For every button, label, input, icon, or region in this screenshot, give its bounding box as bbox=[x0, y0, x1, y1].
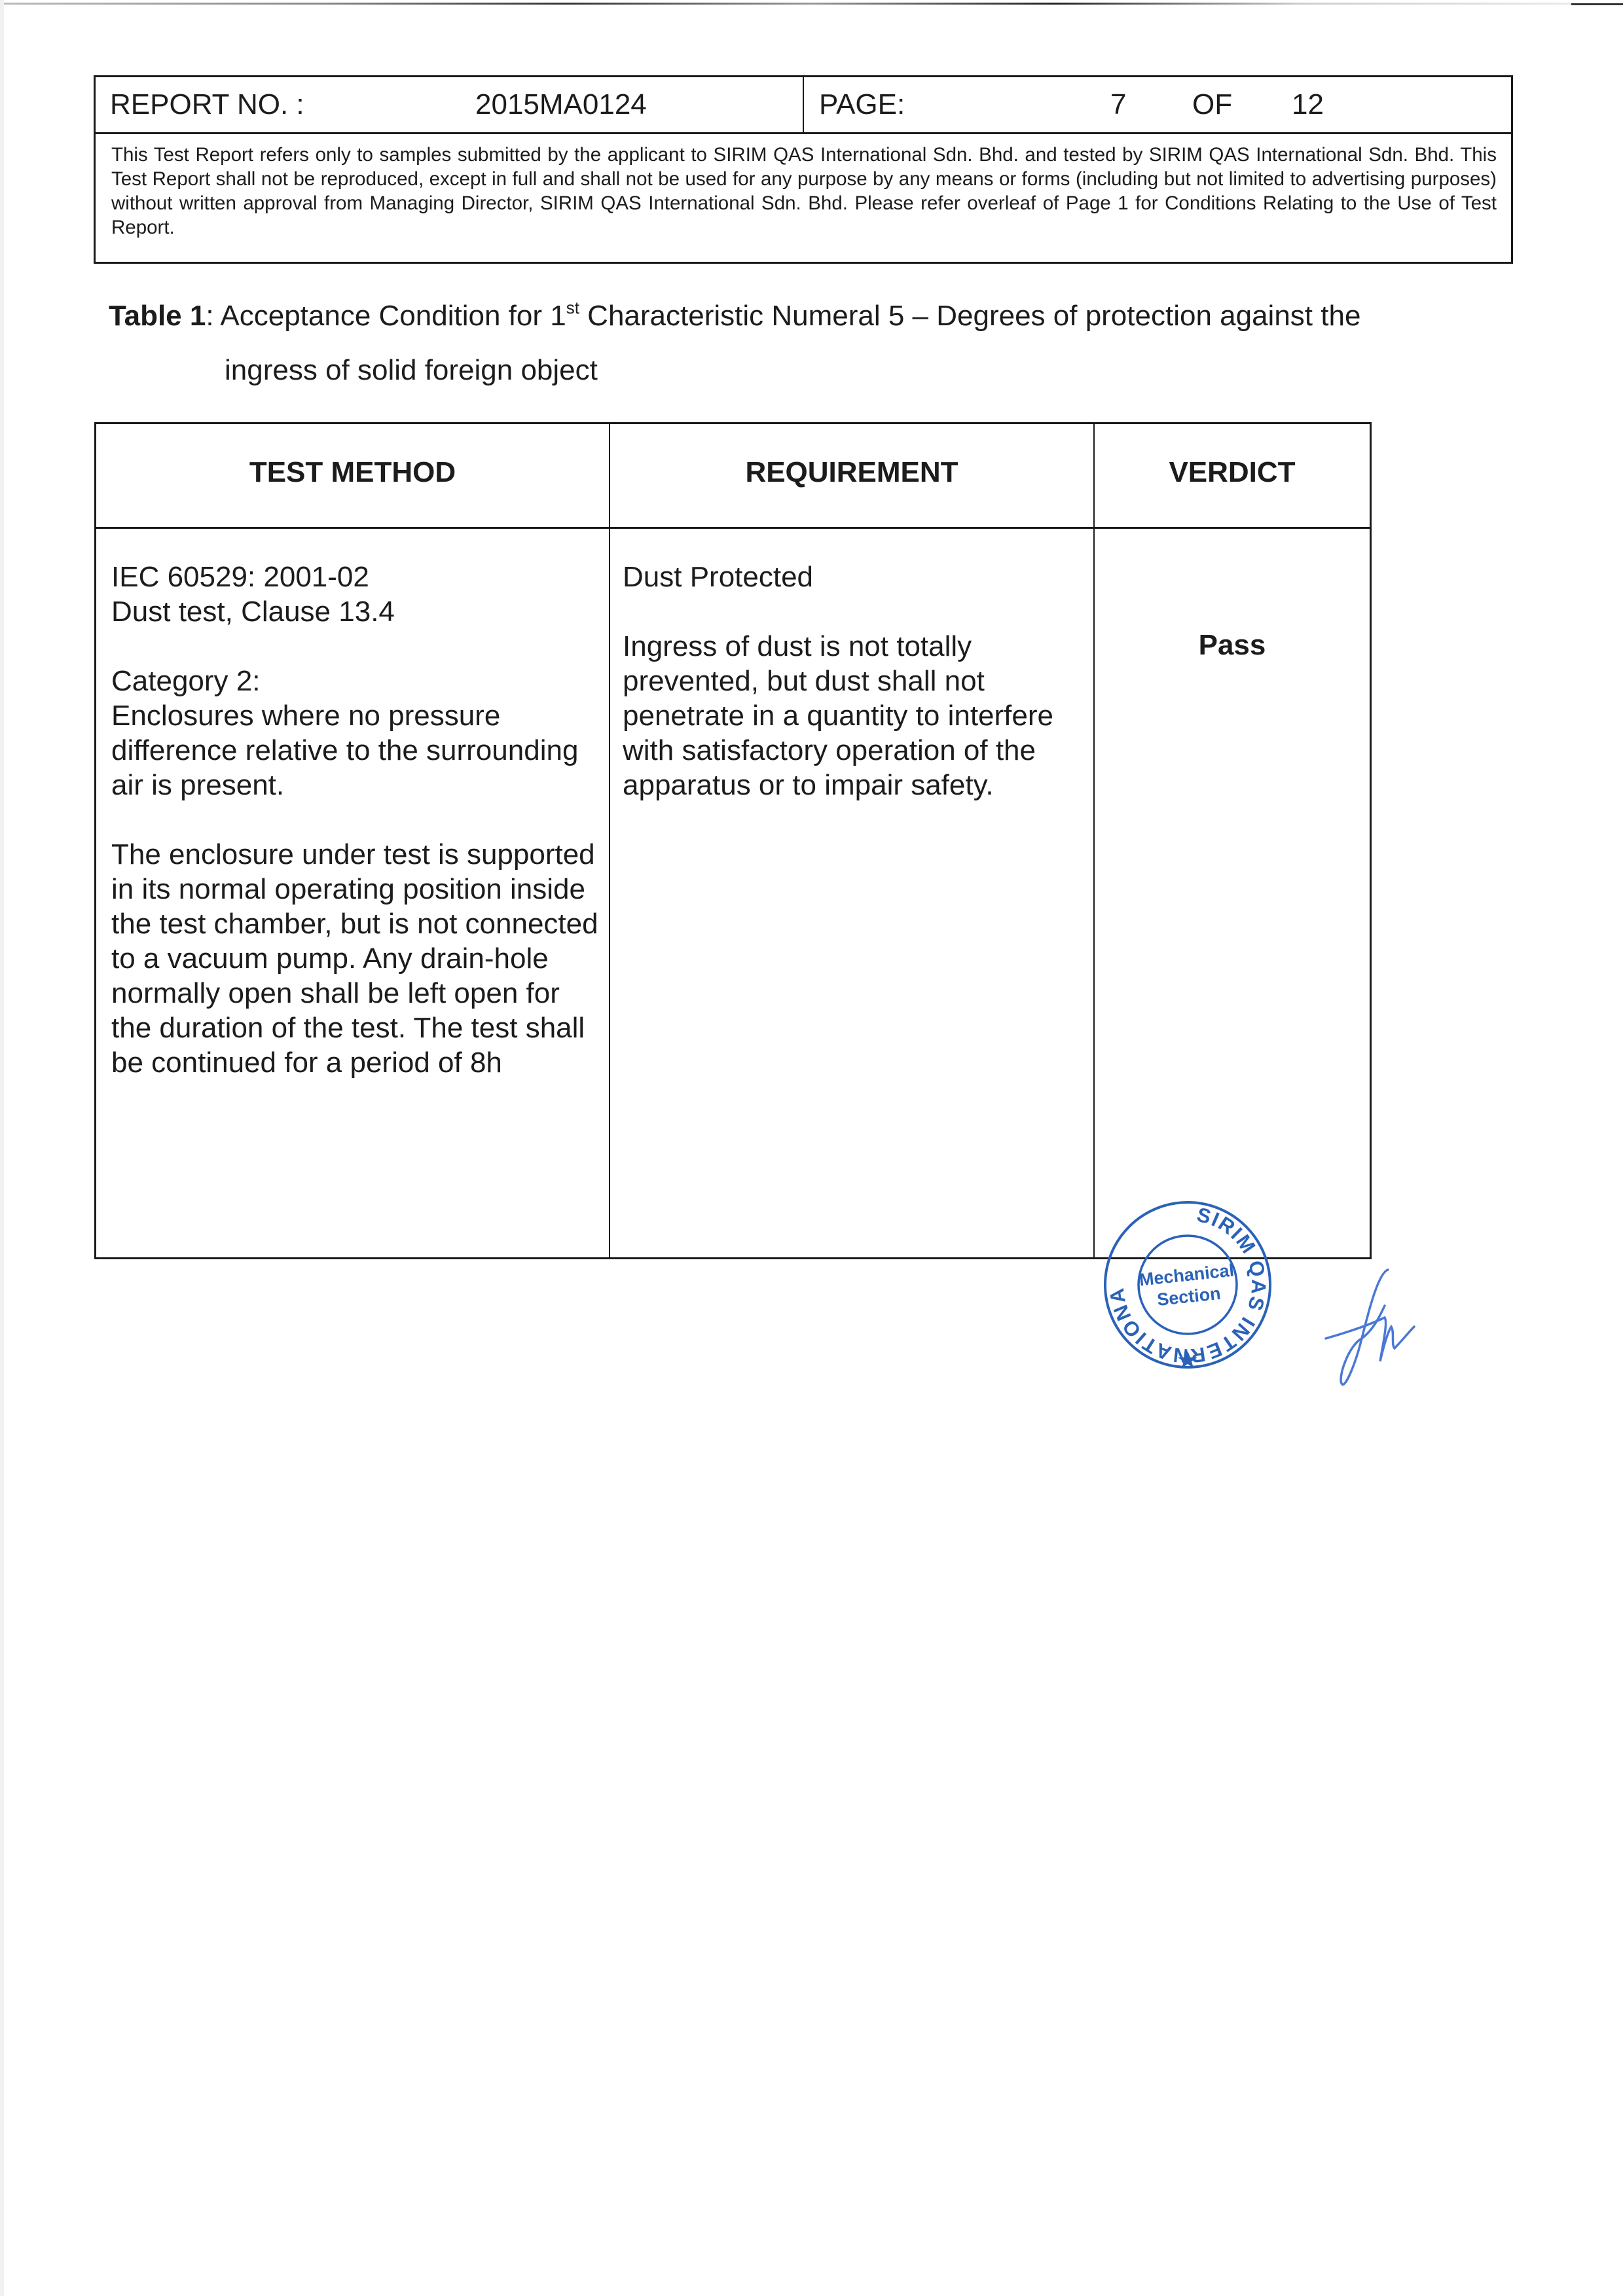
header-divider bbox=[803, 77, 804, 132]
header-verdict: VERDICT bbox=[1095, 456, 1370, 490]
scan-edge-mark bbox=[1571, 3, 1623, 5]
report-header-row: REPORT NO. : 2015MA0124 PAGE: 7 OF 12 bbox=[96, 77, 1511, 134]
test-clause: Dust test, Clause 13.4 bbox=[111, 594, 602, 629]
test-method-cell: IEC 60529: 2001-02 Dust test, Clause 13.… bbox=[111, 560, 602, 1080]
page-of-label: OF bbox=[1192, 88, 1232, 121]
report-no-label: REPORT NO. : bbox=[110, 88, 304, 121]
test-procedure: The enclosure under test is supported in… bbox=[111, 837, 602, 1080]
requirement-title: Dust Protected bbox=[623, 560, 1084, 594]
table-caption: Table 1: Acceptance Condition for 1st Ch… bbox=[109, 299, 1360, 333]
acceptance-table: TEST METHOD REQUIREMENT VERDICT IEC 6052… bbox=[94, 422, 1372, 1259]
signature-icon bbox=[1322, 1266, 1421, 1391]
table-caption-line2: ingress of solid foreign object bbox=[225, 353, 598, 387]
disclaimer-text: This Test Report refers only to samples … bbox=[111, 143, 1497, 240]
column-divider bbox=[609, 424, 610, 1257]
table-caption-prefix: : Acceptance Condition for 1 bbox=[206, 300, 566, 332]
test-standard: IEC 60529: 2001-02 bbox=[111, 560, 602, 594]
header-test-method: TEST METHOD bbox=[96, 456, 609, 490]
requirement-description: Ingress of dust is not totally prevented… bbox=[623, 629, 1084, 802]
ordinal-suffix: st bbox=[566, 298, 579, 317]
scan-edge-left bbox=[0, 0, 4, 2296]
table-header-row: TEST METHOD REQUIREMENT VERDICT bbox=[96, 424, 1370, 529]
page-total: 12 bbox=[1292, 88, 1324, 121]
page-label: PAGE: bbox=[819, 88, 905, 121]
report-header-box: REPORT NO. : 2015MA0124 PAGE: 7 OF 12 Th… bbox=[94, 75, 1513, 264]
table-caption-rest: Characteristic Numeral 5 – Degrees of pr… bbox=[579, 300, 1360, 332]
page-current: 7 bbox=[1110, 88, 1126, 121]
verdict-value: Pass bbox=[1095, 628, 1370, 662]
table-caption-label: Table 1 bbox=[109, 300, 206, 332]
scan-edge bbox=[0, 3, 1623, 5]
company-stamp-icon: SIRIM QAS INTERNATIONAL SDN BHD Mechanic… bbox=[1102, 1199, 1273, 1371]
svg-text:Section: Section bbox=[1156, 1283, 1222, 1310]
svg-text:Mechanical: Mechanical bbox=[1138, 1261, 1235, 1290]
header-requirement: REQUIREMENT bbox=[610, 456, 1093, 490]
requirement-cell: Dust Protected Ingress of dust is not to… bbox=[623, 560, 1084, 802]
test-category-label: Category 2: bbox=[111, 664, 602, 698]
test-category-desc: Enclosures where no pressure difference … bbox=[111, 698, 602, 802]
report-no-value: 2015MA0124 bbox=[475, 88, 647, 121]
column-divider bbox=[1093, 424, 1095, 1257]
